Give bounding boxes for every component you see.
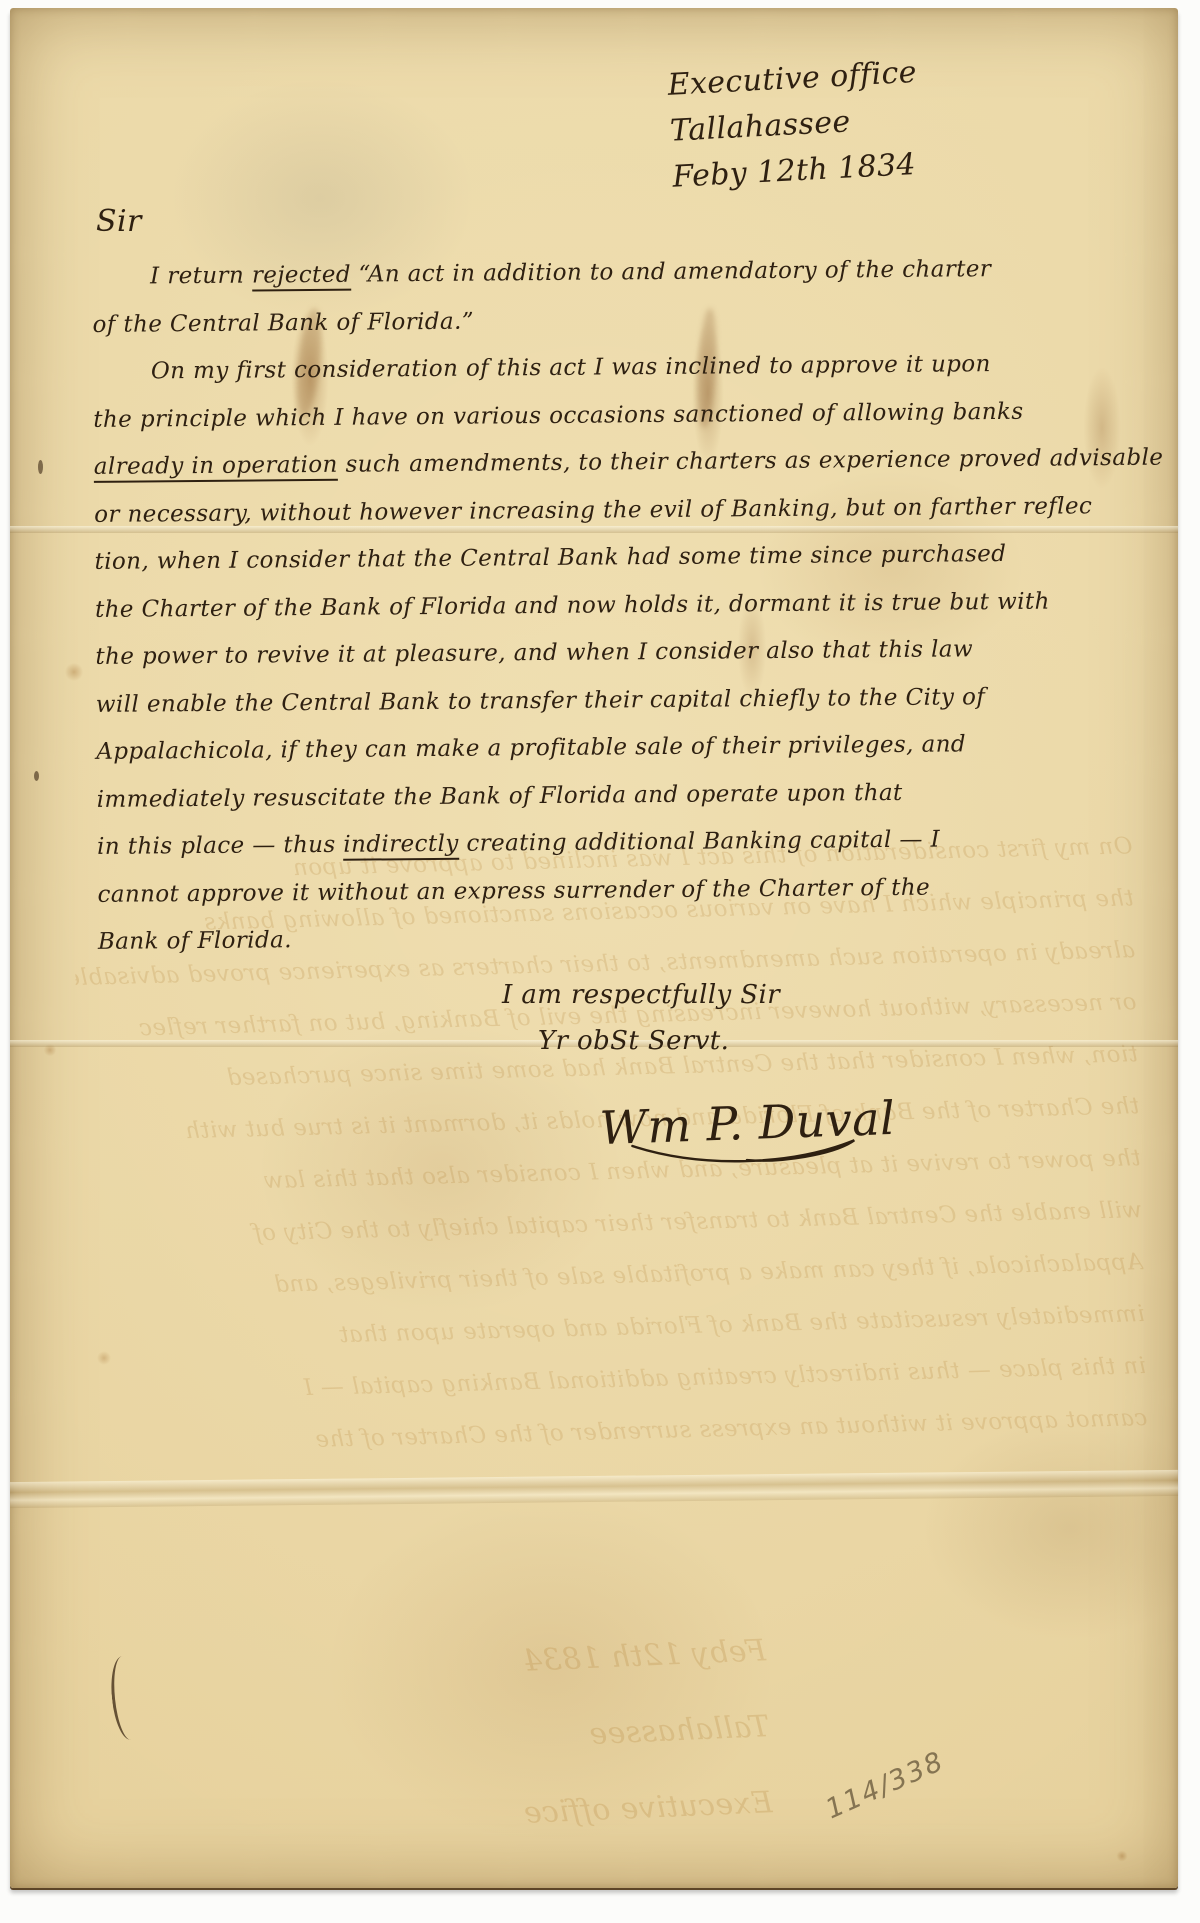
manuscript-line: Bank of Florida. [98, 911, 998, 966]
manuscript-line: of the Central Bank of Florida.” [92, 294, 992, 349]
archival-page-number: 114/338 [821, 1746, 949, 1826]
text-segment: Bank of Florida. [98, 927, 292, 955]
manuscript-line: On my first consideration of this act I … [93, 341, 993, 396]
text-segment: creating additional Banking capital — I [459, 827, 941, 857]
text-segment: immediately resuscitate the Bank of Flor… [97, 779, 903, 812]
text-segment: in this place — thus [97, 832, 344, 860]
manuscript-line: Appalachicola, if they can make a profit… [96, 721, 996, 776]
text-segment: the power to revive it at pleasure, and … [95, 636, 973, 670]
text-segment: Appalachicola, if they can make a profit… [96, 731, 966, 765]
text-segment: of the Central Bank of Florida.” [92, 308, 474, 337]
bleedthrough-line: immediately resuscitate the Bank of Flor… [84, 1288, 1145, 1368]
manuscript-line: the principle which I have on various oc… [93, 389, 993, 444]
signature: Wm P. Duval [599, 1091, 897, 1175]
text-segment: I return [150, 263, 252, 290]
ink-speck [34, 771, 39, 781]
text-segment: or necessary, without however increasing… [94, 493, 1092, 528]
text-segment: will enable the Central Bank to transfer… [96, 684, 986, 718]
bleedthrough-line: in this place — thus indirectly creating… [86, 1340, 1147, 1420]
manuscript-line: in this place — thus indirectly creating… [97, 816, 997, 871]
manuscript-line: the Charter of the Bank of Florida and n… [95, 579, 995, 634]
text-segment: the Charter of the Bank of Florida and n… [95, 588, 1050, 622]
fold-crease [10, 1470, 1178, 1508]
underlined-phrase: indirectly [343, 831, 459, 861]
salutation: Sir [96, 204, 142, 239]
manuscript-line: will enable the Central Bank to transfer… [96, 674, 996, 729]
signature-name: Wm P. Duval [599, 1091, 896, 1155]
manuscript-line: or necessary, without however increasing… [94, 484, 994, 539]
manuscript-line: the power to revive it at pleasure, and … [95, 626, 995, 681]
bleedthrough-line: Bank of Florida. [88, 1444, 1148, 1468]
closing-line-1: I am respectfully Sir [502, 980, 780, 1010]
manuscript-line: already in operation such amendments, to… [94, 436, 994, 491]
text-segment: On my first consideration of this act I … [151, 351, 991, 384]
bleedthrough-line: Executive office [92, 1765, 775, 1871]
letter-body: I return rejected “An act in addition to… [92, 246, 998, 966]
text-segment: cannot approve it without an express sur… [97, 874, 930, 907]
stray-ink-mark [108, 1655, 146, 1742]
letter-heading: Executive office Tallahassee Feby 12th 1… [667, 49, 934, 200]
manuscript-line: cannot approve it without an express sur… [97, 864, 997, 919]
text-segment: tion, when I consider that the Central B… [94, 541, 1006, 575]
bleedthrough-line: Feby 12th 1834 [85, 1613, 768, 1719]
bleedthrough-line: will enable the Central Bank to transfer… [82, 1184, 1143, 1264]
letter-paper: On my first consideration of this act I … [10, 8, 1178, 1888]
underlined-phrase: rejected [252, 262, 351, 292]
manuscript-line: I return rejected “An act in addition to… [92, 246, 992, 301]
manuscript-line: immediately resuscitate the Bank of Flor… [96, 769, 996, 824]
ink-speck [38, 460, 43, 474]
underlined-phrase: already in operation [94, 452, 338, 483]
bleedthrough-line: cannot approve it without an express sur… [87, 1392, 1148, 1468]
ink-bleedthrough-bottom: Feby 12th 1834TallahasseeExecutive offic… [85, 1613, 775, 1882]
manuscript-line: tion, when I consider that the Central B… [94, 531, 994, 586]
text-segment: “An act in addition to and amendatory of… [351, 256, 992, 288]
text-segment: the principle which I have on various oc… [93, 398, 1023, 432]
closing-line-2: Yr obSt Servt. [538, 1026, 729, 1056]
text-segment: such amendments, to their charters as ex… [338, 445, 1164, 478]
bleedthrough-line: Appalachicola, if they can make a profit… [83, 1236, 1144, 1316]
scanned-letter-page: { "palette": { "paper": "#ead7a5", "ink"… [0, 0, 1200, 1923]
bleedthrough-line: Tallahassee [88, 1689, 771, 1795]
